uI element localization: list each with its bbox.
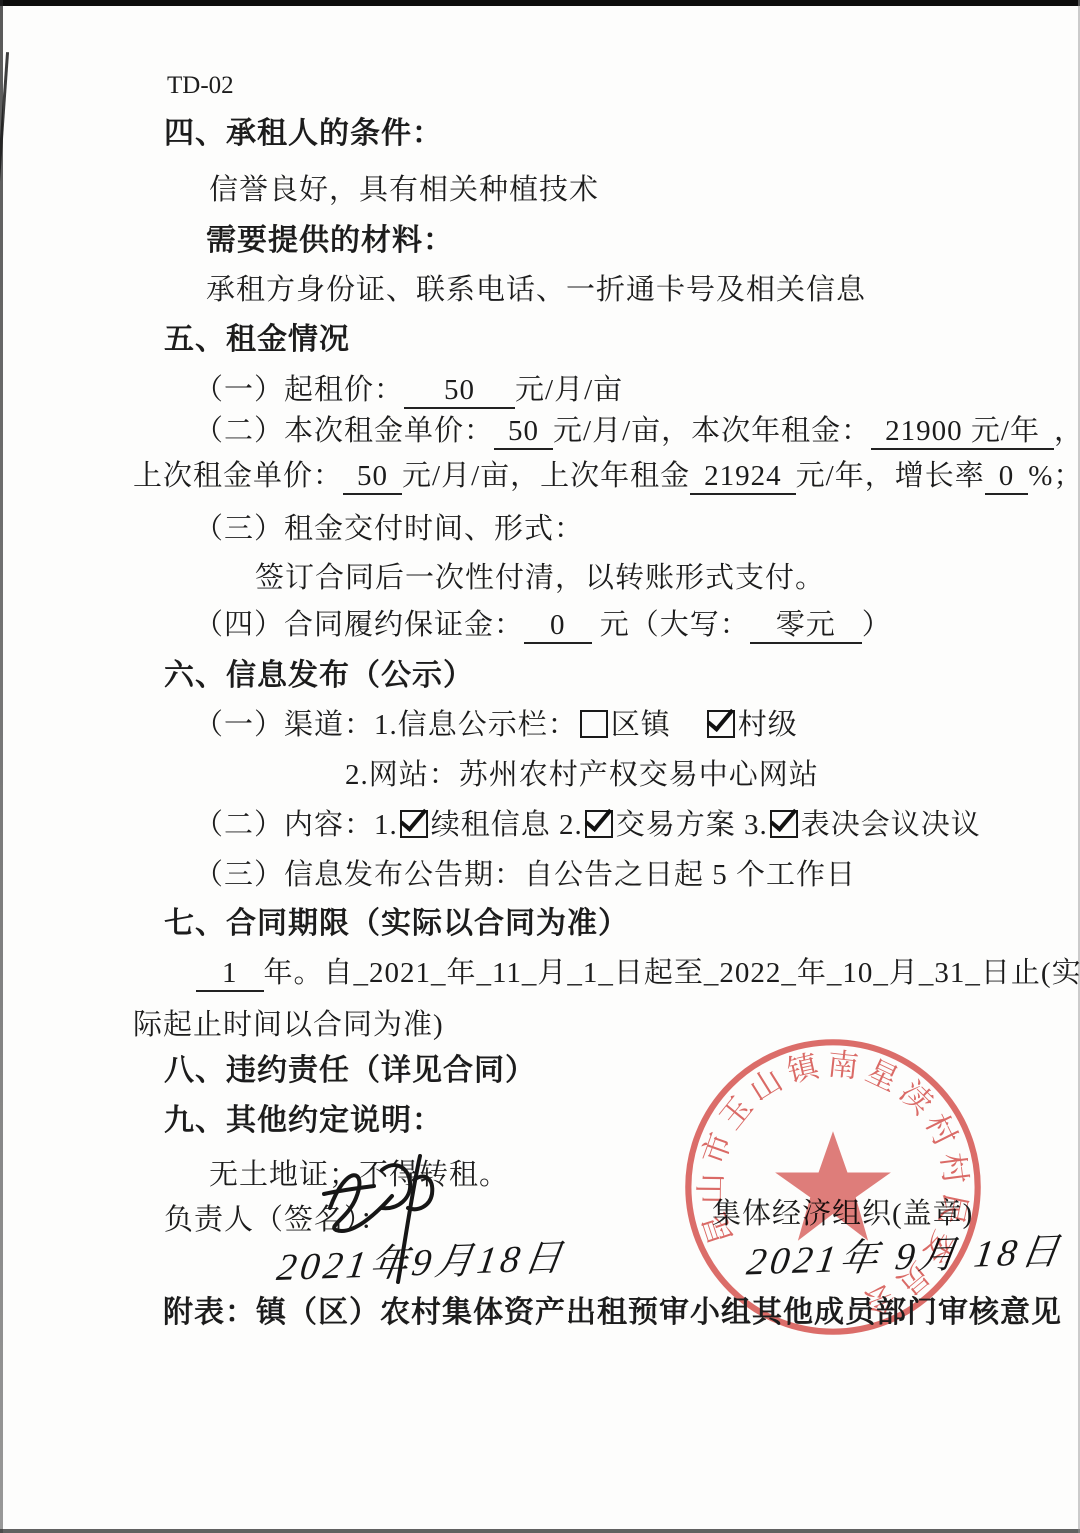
section7-title: 七、合同期限（实际以合同为准） [164, 905, 629, 943]
checkbox-vote-resolution-label: 表决会议决议 [801, 809, 981, 841]
term-line2: 际起止时间以合同为准) [133, 1007, 444, 1043]
checkbox-village-checked [707, 710, 735, 738]
checkbox-renewal-info-checked [400, 810, 428, 838]
rent-base-unit: 元/月/亩 [515, 374, 623, 406]
section4-line1: 信誉良好，具有相关种植技术 [209, 172, 599, 208]
rent-payment-label: （三）租金交付时间、形式： [194, 511, 584, 547]
publish-channel-label: （一）渠道：1.信息公示栏： [194, 709, 578, 741]
checkbox-trade-plan-checked [585, 810, 613, 838]
deposit-value-words: 零元 [750, 610, 862, 644]
rent-current-tail: ， [1054, 415, 1080, 447]
rent-prev-mid2: 元/年，增长率 [796, 460, 985, 492]
publish-content-n2: 2. [559, 809, 583, 841]
publish-content-label: （二）内容：1. [194, 809, 398, 841]
section4-line2: 承租方身份证、联系电话、一折通卡号及相关信息 [206, 272, 866, 308]
form-code: TD-02 [167, 70, 234, 101]
deposit-mid: 元（大写： [600, 609, 750, 641]
rent-current-line: （二）本次租金单价：50元/月/亩，本次年租金：21900 元/年， [194, 413, 1080, 450]
checkbox-renewal-info-label: 续租信息 [431, 809, 551, 841]
publish-website-line: 2.网站：苏州农村产权交易中心网站 [345, 757, 819, 793]
rent-growth-rate: 0 [985, 461, 1029, 495]
checkbox-village-label: 村级 [738, 709, 798, 741]
section5-title: 五、租金情况 [164, 321, 350, 359]
rent-current-annual: 21900 元/年 [871, 416, 1054, 450]
scan-edge-left [0, 0, 3, 1533]
rent-current-unit-price: 50 [494, 416, 553, 450]
rent-base-line: （一）起租价：50元/月/亩 [194, 372, 623, 409]
section6-title: 六、信息发布（公示） [164, 657, 474, 695]
term-years-value: 1 [196, 958, 264, 992]
rent-prev-mid1: 元/月/亩，上次年租金 [402, 460, 690, 492]
signature-date-handwritten: 2021年9月18日 [274, 1235, 569, 1292]
deposit-label: （四）合同履约保证金： [194, 609, 524, 641]
term-line: 1年。自_2021_年_11_月_1_日起至_2022_年_10_月_31_日止… [196, 955, 1080, 992]
checkbox-district-town-label: 区镇 [611, 709, 671, 741]
section9-title: 九、其他约定说明： [164, 1102, 443, 1140]
rent-prev-unit-price: 50 [343, 461, 402, 495]
rent-base-label: （一）起租价： [194, 374, 404, 406]
rent-current-mid: 元/月/亩，本次年租金： [553, 415, 871, 447]
publish-channel-line: （一）渠道：1.信息公示栏：区镇村级 [194, 707, 798, 743]
rent-prev-tail: %； [1028, 460, 1080, 492]
scan-edge-top [0, 0, 1080, 6]
rent-payment-body: 签订合同后一次性付清，以转账形式支付。 [255, 560, 825, 596]
appendix-line: 附表：镇（区）农村集体资产出租预审小组其他成员部门审核意见 [163, 1294, 1062, 1332]
publish-content-line: （二）内容：1.续租信息 2.交易方案 3.表决会议决议 [194, 807, 981, 843]
publish-period-line: （三）信息发布公告期：自公告之日起 5 个工作日 [194, 857, 856, 893]
checkbox-district-town [580, 710, 608, 738]
deposit-line: （四）合同履约保证金：0 元（大写：零元） [194, 607, 892, 644]
rent-prev-label: 上次租金单价： [133, 460, 343, 492]
section4-title: 四、承租人的条件： [164, 115, 443, 153]
rent-current-label: （二）本次租金单价： [194, 415, 494, 447]
deposit-tail: ） [862, 609, 892, 641]
deposit-value: 0 [524, 610, 592, 644]
rent-previous-line: 上次租金单价：50元/月/亩，上次年租金21924元/年，增长率0%； [133, 458, 1080, 495]
publish-content-n3: 3. [744, 809, 768, 841]
checkbox-vote-resolution-checked [770, 810, 798, 838]
rent-prev-annual: 21924 [690, 461, 796, 495]
rent-base-value: 50 [404, 375, 515, 409]
seal-star-icon [775, 1131, 891, 1241]
section8-title: 八、违约责任（详见合同） [164, 1052, 536, 1090]
section4-subtitle: 需要提供的材料： [206, 222, 454, 260]
checkbox-trade-plan-label: 交易方案 [616, 809, 736, 841]
scan-edge-bottom [0, 1529, 1080, 1533]
term-dates: 年。自_2021_年_11_月_1_日起至_2022_年_10_月_31_日止(… [264, 957, 1080, 989]
scanned-document-page: TD-02 四、承租人的条件： 信誉良好，具有相关种植技术 需要提供的材料： 承… [0, 0, 1080, 1533]
